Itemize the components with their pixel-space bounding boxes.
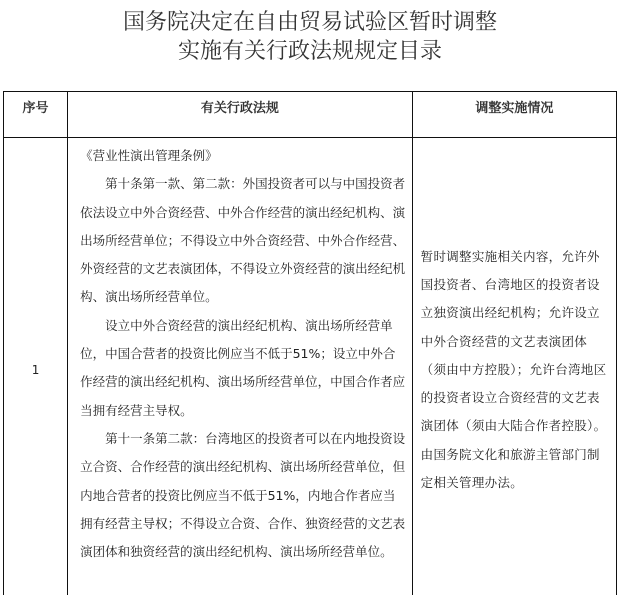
title-line-1: 国务院决定在自由贸易试验区暂时调整 (0, 8, 620, 37)
title-line-2: 实施有关行政法规规定目录 (0, 37, 620, 66)
regulation-paragraph: 第十一条第二款：台湾地区的投资者可以在内地投资设立合资、合作经营的演出经纪机构、… (80, 425, 406, 566)
adjustment-cell: 暂时调整实施相关内容，允许外国投资者、台湾地区的投资者设立独资演出经纪机构；允许… (412, 138, 616, 595)
header-regulation: 有关行政法规 (68, 92, 413, 138)
regulation-name: 《营业性演出管理条例》 (80, 142, 406, 170)
header-adjustment: 调整实施情况 (412, 92, 616, 138)
regulation-paragraph: 第十条第一款、第二款：外国投资者可以与中国投资者依法设立中外合资经营、中外合作经… (80, 170, 406, 311)
regulation-paragraph: 设立中外合资经营的演出经纪机构、演出场所经营单位，中国合营者的投资比例应当不低于… (80, 312, 406, 425)
header-number: 序号 (4, 92, 68, 138)
document-title: 国务院决定在自由贸易试验区暂时调整 实施有关行政法规规定目录 (0, 8, 620, 66)
regulation-cell: 《营业性演出管理条例》 第十条第一款、第二款：外国投资者可以与中国投资者依法设立… (68, 138, 413, 595)
regulation-table: 序号 有关行政法规 调整实施情况 1 《营业性演出管理条例》 第十条第一款、第二… (3, 91, 617, 595)
table-header-row: 序号 有关行政法规 调整实施情况 (4, 92, 617, 138)
table-row: 1 《营业性演出管理条例》 第十条第一款、第二款：外国投资者可以与中国投资者依法… (4, 138, 617, 595)
row-number: 1 (4, 138, 68, 595)
